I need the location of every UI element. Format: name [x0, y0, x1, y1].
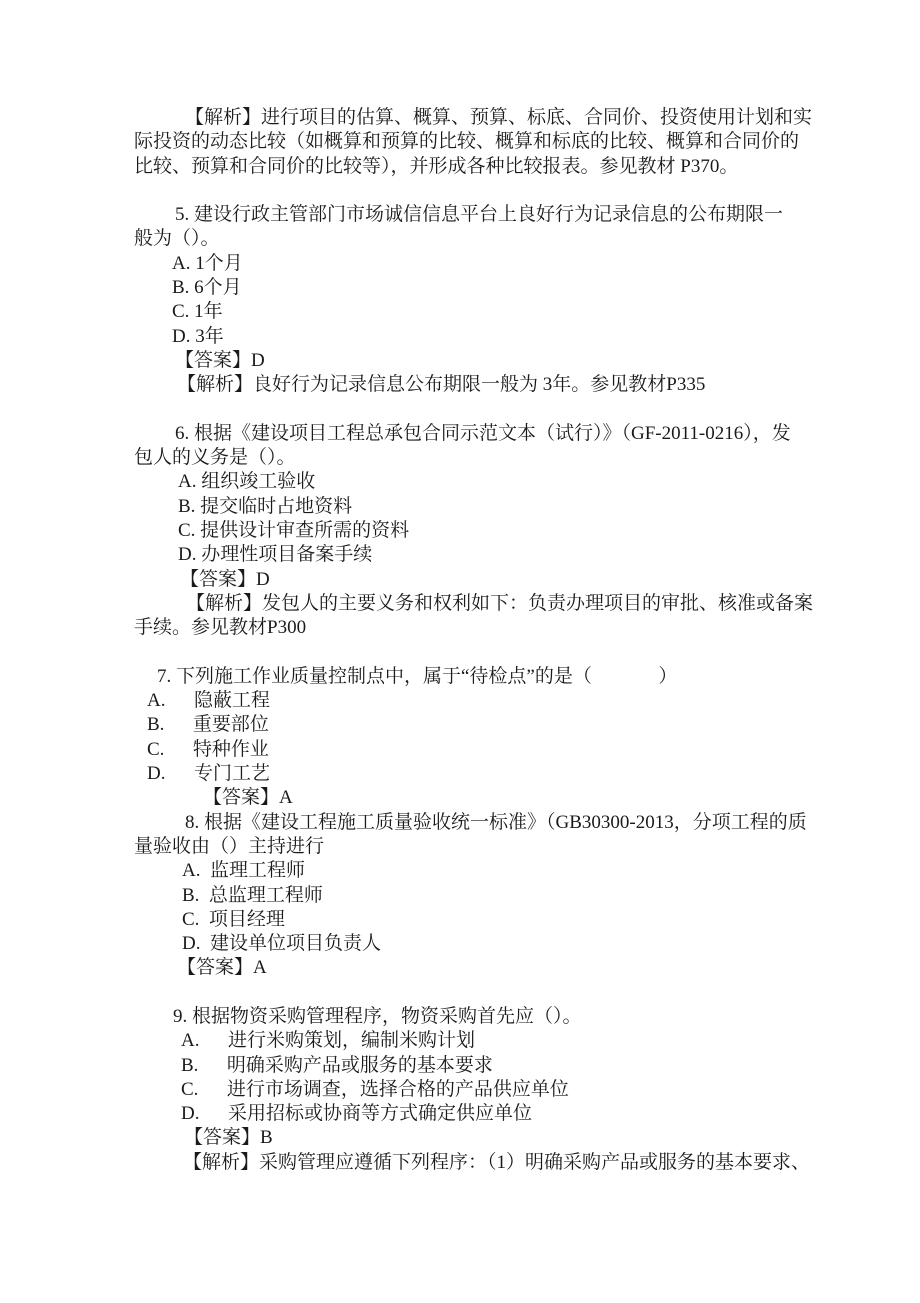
q5-answer: 【答案】D: [0, 349, 920, 373]
q6-answer: 【答案】D: [0, 568, 920, 592]
q7-option-c: C. 特种作业: [0, 738, 920, 762]
q6-option-d: D. 办理性项目备案手续: [0, 543, 920, 567]
q8-answer: 【答案】A: [0, 956, 920, 980]
paragraph-gap: [0, 981, 920, 1005]
q8-option-d: D. 建设单位项目负责人: [0, 932, 920, 956]
q8-stem-line-1: 8. 根据《建设工程施工质量验收统一标准》（GB30300-2013，分项工程的…: [0, 811, 920, 835]
q5-option-d: D. 3年: [0, 325, 920, 349]
q5-stem-line-1: 5. 建设行政主管部门市场诚信信息平台上良好行为记录信息的公布期限一: [0, 203, 920, 227]
q7-option-b: B. 重要部位: [0, 713, 920, 737]
q9-option-c: C. 进行市场调查，选择合格的产品供应单位: [0, 1078, 920, 1102]
q7-option-a: A. 隐蔽工程: [0, 689, 920, 713]
q5-option-c: C. 1年: [0, 300, 920, 324]
paragraph-gap: [0, 398, 920, 422]
document-page: 【解析】进行项目的估算、概算、预算、标底、合同价、投资使用计划和实 际投资的动态…: [0, 0, 920, 1303]
q5-stem-line-2: 般为（）。: [0, 227, 920, 251]
q6-analysis-line-1: 【解析】发包人的主要义务和权利如下：负责办理项目的审批、核准或备案: [0, 592, 920, 616]
q9-option-d: D. 采用招标或协商等方式确定供应单位: [0, 1102, 920, 1126]
top-analysis-line-2: 际投资的动态比较（如概算和预算的比较、概算和标底的比较、概算和合同价的: [0, 130, 920, 154]
q6-option-c: C. 提供设计审查所需的资料: [0, 519, 920, 543]
q6-option-b: B. 提交临时占地资料: [0, 495, 920, 519]
paragraph-gap: [0, 641, 920, 665]
q6-option-a: A. 组织竣工验收: [0, 470, 920, 494]
q7-answer: 【答案】A: [0, 786, 920, 810]
q6-analysis-line-2: 手续。参见教材P300: [0, 616, 920, 640]
q7-option-d: D. 专门工艺: [0, 762, 920, 786]
q5-option-b: B. 6个月: [0, 276, 920, 300]
q9-option-a: A. 进行米购策划，编制米购计划: [0, 1029, 920, 1053]
top-analysis-line-3: 比较、预算和合同价的比较等），并形成各种比较报表。参见教材 P370。: [0, 155, 920, 179]
q9-option-b: B. 明确采购产品或服务的基本要求: [0, 1054, 920, 1078]
q6-stem-line-2: 包人的义务是（）。: [0, 446, 920, 470]
q8-stem-line-2: 量验收由（）主持进行: [0, 835, 920, 859]
q9-answer: 【答案】B: [0, 1126, 920, 1150]
q5-analysis-line-1: 【解析】良好行为记录信息公布期限一般为 3年。参见教材P335: [0, 373, 920, 397]
q8-option-b: B. 总监理工程师: [0, 884, 920, 908]
q5-option-a: A. 1个月: [0, 252, 920, 276]
paragraph-gap: [0, 179, 920, 203]
q8-option-c: C. 项目经理: [0, 908, 920, 932]
q9-stem-line-1: 9. 根据物资采购管理程序，物资采购首先应（）。: [0, 1005, 920, 1029]
q7-stem-line-1: 7. 下列施工作业质量控制点中，属于“待检点”的是（ ）: [0, 665, 920, 689]
top-analysis-line-1: 【解析】进行项目的估算、概算、预算、标底、合同价、投资使用计划和实: [0, 106, 920, 130]
q6-stem-line-1: 6. 根据《建设项目工程总承包合同示范文本（试行）》（GF-2011-0216）…: [0, 422, 920, 446]
q9-analysis-line-1: 【解析】采购管理应遵循下列程序：（1）明确采购产品或服务的基本要求、: [0, 1151, 920, 1175]
q8-option-a: A. 监理工程师: [0, 859, 920, 883]
